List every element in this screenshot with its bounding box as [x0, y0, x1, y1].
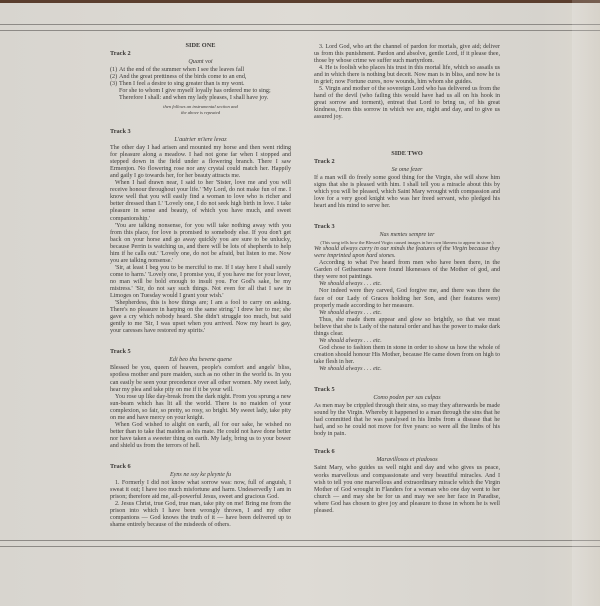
lyric-paragraph: Blessed be you, queen of heaven, people'… [110, 365, 291, 393]
lyric-paragraph: 2. Jesus Christ, true God, true man, tak… [110, 501, 291, 529]
top-edge-band [0, 0, 600, 3]
song-title: Como poden per sas culpas [314, 395, 500, 402]
lyric-paragraph: 'Shepherdess, this is how things are; I … [110, 300, 291, 335]
lyric-paragraph: 1. Formerly I did not know what sorrow w… [110, 480, 291, 501]
lyric-paragraph: 'You are talking nonsense, for you will … [110, 223, 291, 265]
left-column: SIDE ONE Track 2 Quant voi (1)At the end… [110, 42, 291, 529]
track-label: Track 5 [110, 348, 291, 355]
verse-line: Therefore I shall: and when my lady plea… [110, 95, 291, 102]
lyric-paragraph: The other day I had arisen and mounted m… [110, 145, 291, 180]
track-label: Track 3 [110, 128, 291, 135]
song-title: Se ome fezer [314, 167, 500, 174]
bottom-rule-2 [0, 546, 600, 547]
lyric-paragraph: God chose to fashion them in stone in or… [314, 345, 500, 366]
page-edge-shading [572, 0, 600, 606]
track-label: Track 6 [314, 448, 500, 455]
lyric-paragraph: You rose up like day-break from the dark… [110, 394, 291, 422]
lyric-paragraph: If a man will do freely some good thing … [314, 175, 500, 210]
lyric-paragraph: 5. Virgin and mother of the sovereign Lo… [314, 86, 500, 121]
refrain: We should always . . . etc. [314, 310, 500, 317]
refrain: We should always . . . etc. [314, 366, 500, 373]
lyric-paragraph: As men may be crippled through their sin… [314, 403, 500, 438]
song-title: Quant voi [110, 59, 291, 66]
lyric-paragraph: 'Sir, at least I beg you to be merciful … [110, 265, 291, 300]
lyric-paragraph: 3. Lord God, who art the channel of pard… [314, 44, 500, 65]
track-label: Track 6 [110, 463, 291, 470]
track-label: Track 2 [110, 50, 291, 57]
lyric-paragraph: Nor indeed were they carved, God forgive… [314, 288, 500, 309]
song-title: L'autrier m'iere levaz [110, 137, 291, 144]
lyric-paragraph: Thus, she made them appear and glow so b… [314, 317, 500, 338]
top-rule-1 [0, 24, 600, 25]
right-column: 3. Lord God, who art the channel of pard… [314, 44, 500, 515]
bottom-rule-1 [0, 540, 600, 541]
lyric-paragraph: When I had drawn near, I said to her 'Si… [110, 180, 291, 222]
song-title: Maravillosos et piadosos [314, 457, 500, 464]
song-title: Edi beo thu hevene quene [110, 357, 291, 364]
refrain: We should always . . . etc. [314, 338, 500, 345]
top-rule-2 [0, 30, 600, 31]
side-one-heading: SIDE ONE [110, 42, 291, 49]
song-title: Eyns ne soy ke pleynte fu [110, 472, 291, 479]
track-label: Track 5 [314, 386, 500, 393]
lyric-paragraph: When God wished to alight on earth, all … [110, 422, 291, 450]
lyric-paragraph: According to what I've heard from men wh… [314, 260, 500, 281]
track-label: Track 3 [314, 223, 500, 230]
track-label: Track 2 [314, 158, 500, 165]
song-note: (This song tells how the Blessed Virgin … [314, 240, 500, 245]
side-two-heading: SIDE TWO [314, 150, 500, 157]
refrain: We should always carry in our minds the … [314, 246, 500, 260]
lyric-paragraph: Saint Mary, who guides us well night and… [314, 465, 500, 514]
lyric-paragraph: 4. He is foolish who places his trust in… [314, 65, 500, 86]
song-title: Nas mentes sempre ter [314, 232, 500, 239]
